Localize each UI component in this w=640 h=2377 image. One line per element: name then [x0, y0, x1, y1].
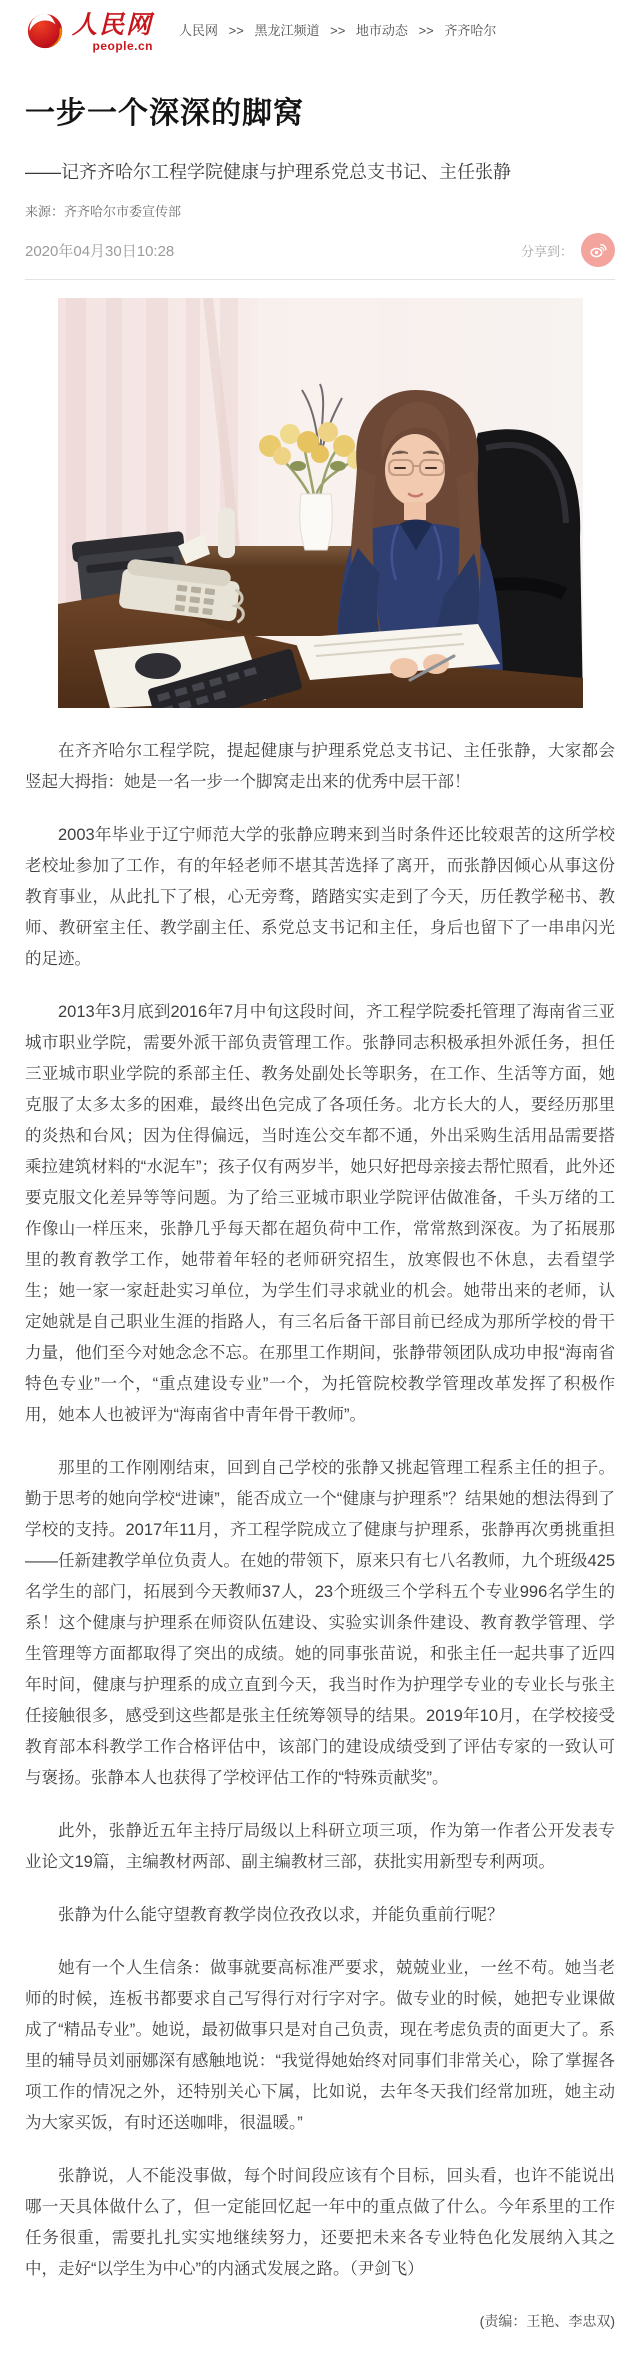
- article-photo: [58, 298, 583, 708]
- weibo-share-button[interactable]: [581, 233, 615, 267]
- article-paragraph: 在齐齐哈尔工程学院，提起健康与护理系党总支书记、主任张静，大家都会竖起大拇指：她…: [25, 736, 615, 798]
- breadcrumb-link[interactable]: 人民网: [179, 23, 218, 38]
- source-label: 来源：: [25, 204, 64, 219]
- weibo-icon: [588, 240, 608, 260]
- article-paragraph: 此外，张静近五年主持厅局级以上科研立项三项，作为第一作者公开发表专业论文19篇，…: [25, 1816, 615, 1878]
- logo-en-text: people.cn: [93, 40, 154, 52]
- breadcrumb-separator: >>: [330, 23, 345, 38]
- article-paragraph: 张静为什么能守望教育教学岗位孜孜以求，并能负重前行呢？: [25, 1900, 615, 1931]
- editor-credit: (责编：王艳、李忠双): [25, 2311, 615, 2331]
- article-content: 一步一个深深的脚窝 ——记齐齐哈尔工程学院健康与护理系党总支书记、主任张静 来源…: [0, 88, 640, 2331]
- breadcrumb-item: 地市动态 >>: [356, 23, 444, 38]
- article-body: 在齐齐哈尔工程学院，提起健康与护理系党总支书记、主任张静，大家都会竖起大拇指：她…: [25, 736, 615, 2285]
- breadcrumb-link[interactable]: 齐齐哈尔: [444, 23, 496, 38]
- people-cn-logo[interactable]: 人民网 people.cn: [25, 10, 153, 52]
- logo-text: 人民网 people.cn: [72, 13, 153, 52]
- article-paragraph: 那里的工作刚刚结束，回到自己学校的张静又挑起管理工程系主任的担子。勤于思考的她向…: [25, 1453, 615, 1794]
- page-title: 一步一个深深的脚窝: [25, 88, 615, 132]
- site-header: 人民网 people.cn 人民网 >> 黑龙江频道 >> 地市动态 >> 齐齐…: [0, 0, 640, 52]
- source-name: 齐齐哈尔市委宣传部: [64, 204, 181, 219]
- people-cn-logo-icon: [25, 10, 67, 52]
- breadcrumb-separator: >>: [229, 23, 244, 38]
- breadcrumb-item: 人民网 >>: [179, 23, 254, 38]
- logo-cn-text: 人民网: [72, 13, 153, 38]
- breadcrumb-link[interactable]: 地市动态: [356, 23, 408, 38]
- article-source: 来源：齐齐哈尔市委宣传部: [25, 201, 615, 220]
- share-label: 分享到：: [521, 241, 573, 260]
- breadcrumb-link[interactable]: 黑龙江频道: [254, 23, 319, 38]
- article-paragraph: 2003年毕业于辽宁师范大学的张静应聘来到当时条件还比较艰苦的这所学校老校址参加…: [25, 820, 615, 975]
- breadcrumb-item: 黑龙江频道 >>: [254, 23, 355, 38]
- publish-datetime: 2020年04月30日10:28: [25, 240, 174, 261]
- article-paragraph: 2013年3月底到2016年7月中旬这段时间，齐工程学院委托管理了海南省三亚城市…: [25, 997, 615, 1431]
- breadcrumb: 人民网 >> 黑龙江频道 >> 地市动态 >> 齐齐哈尔 >>: [179, 20, 496, 43]
- breadcrumb-separator: >>: [419, 23, 434, 38]
- breadcrumb-item: 齐齐哈尔 >>: [444, 23, 496, 38]
- article-paragraph: 她有一个人生信条：做事就要高标准严要求，兢兢业业，一丝不苟。她当老师的时候，连板…: [25, 1953, 615, 2139]
- photo-illustration: [58, 298, 583, 708]
- article-page: 人民网 people.cn 人民网 >> 黑龙江频道 >> 地市动态 >> 齐齐…: [0, 0, 640, 2331]
- article-paragraph: 张静说，人不能没事做，每个时间段应该有个目标，回头看，也许不能说出哪一天具体做什…: [25, 2161, 615, 2285]
- content-divider: [25, 279, 615, 280]
- article-meta-row: 2020年04月30日10:28 分享到：: [25, 233, 615, 267]
- article-subtitle: ——记齐齐哈尔工程学院健康与护理系党总支书记、主任张静: [25, 158, 615, 184]
- share-area: 分享到：: [521, 233, 615, 267]
